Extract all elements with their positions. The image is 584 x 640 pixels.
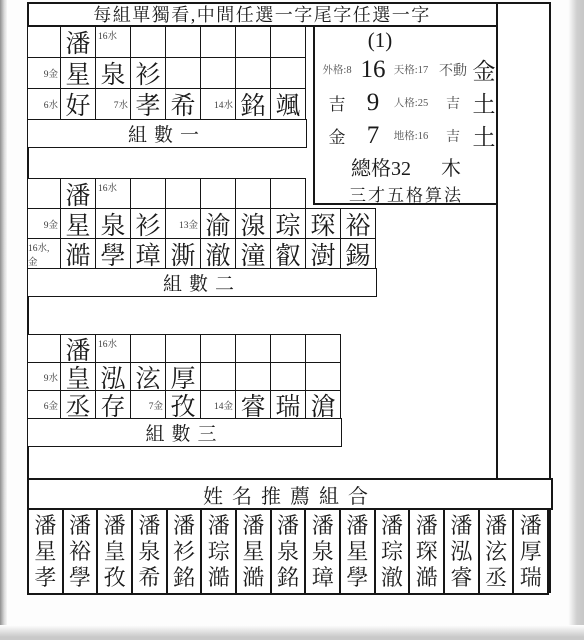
name-char: 潘 xyxy=(416,513,438,539)
candidate-char-cell: 學 xyxy=(95,238,131,269)
recommendation-title: 姓名推薦組合 xyxy=(203,480,377,509)
total-grid-element: 木 xyxy=(441,152,461,181)
name-char: 學 xyxy=(69,565,91,591)
empty-cell xyxy=(235,26,271,58)
name-column: 潘琮澔 xyxy=(200,510,235,593)
group-grid-3: 潘16水9水皇泓泫厚6金丞存7金孜14金睿瑞滄組數三 xyxy=(27,334,342,447)
grid-row: 潘16水 xyxy=(27,178,377,209)
stroke-element-annotation: 7水 xyxy=(95,88,131,120)
name-column: 潘星孝 xyxy=(29,510,62,593)
name-char: 泫 xyxy=(485,539,507,565)
name-char: 琮 xyxy=(381,539,403,565)
name-char: 潘 xyxy=(520,513,542,539)
name-char: 潘 xyxy=(450,513,472,539)
name-char: 星 xyxy=(34,539,56,565)
name-char: 潘 xyxy=(381,513,403,539)
candidate-char-cell: 泫 xyxy=(130,362,166,391)
person-grid-element: 土 xyxy=(471,86,497,119)
outer-grid-label: 外格:8 xyxy=(315,62,359,77)
name-column: 潘皇孜 xyxy=(96,510,131,593)
name-char: 星 xyxy=(346,539,368,565)
empty-cell xyxy=(130,178,166,209)
candidate-char-cell: 琛 xyxy=(305,208,341,239)
empty-cell xyxy=(200,57,236,89)
empty-cell xyxy=(235,57,271,89)
recommended-names-grid: 潘星孝潘裕學潘皇孜潘泉希潘衫銘潘琮澔潘星澔潘泉銘潘泉璋潘星學潘琮澈潘琛澔潘泓睿潘… xyxy=(27,508,549,595)
last-char-strokes: 7 xyxy=(359,122,387,150)
name-char: 潘 xyxy=(346,513,368,539)
name-column: 潘厚瑞 xyxy=(512,510,547,593)
empty-cell xyxy=(27,178,61,209)
name-column: 潘泉璋 xyxy=(304,510,339,593)
stroke-element-annotation: 16水 xyxy=(95,178,131,209)
heaven-grid-label: 天格:17 xyxy=(387,62,435,77)
stroke-element-annotation: 16水,金 xyxy=(27,238,61,269)
empty-cell xyxy=(270,57,306,89)
empty-cell xyxy=(200,362,236,391)
name-char: 潘 xyxy=(277,513,299,539)
candidate-char-cell: 潘 xyxy=(60,178,96,209)
name-char: 澔 xyxy=(242,565,264,591)
name-char: 澔 xyxy=(208,565,230,591)
name-column: 潘星澔 xyxy=(235,510,270,593)
candidate-char-cell: 瑞 xyxy=(270,390,306,419)
group-label: 組數一 xyxy=(27,119,307,148)
name-char: 孜 xyxy=(104,565,126,591)
name-char: 銘 xyxy=(173,565,195,591)
empty-cell xyxy=(270,178,306,209)
candidate-char-cell: 裕 xyxy=(340,208,376,239)
candidate-char-cell: 存 xyxy=(95,390,131,419)
instruction-text: 每組單獨看,中間任選一字尾字任選一字 xyxy=(93,1,431,27)
name-char: 希 xyxy=(138,565,160,591)
name-char: 潘 xyxy=(173,513,195,539)
candidate-char-cell: 湶 xyxy=(235,208,271,239)
person-grid-label: 人格:25 xyxy=(387,95,435,110)
person-grid-luck: 吉 xyxy=(435,93,471,113)
grid-row: 潘16水 xyxy=(27,26,307,58)
empty-cell xyxy=(235,334,271,363)
heaven-grid-luck: 不動 xyxy=(435,60,471,80)
candidate-char-cell: 丞 xyxy=(60,390,96,419)
name-char: 睿 xyxy=(450,565,472,591)
recommendation-header: 姓名推薦組合 xyxy=(27,478,553,510)
group-grid-1: 潘16水9金星泉衫6水好7水孝希14水銘颯組數一 xyxy=(27,26,307,148)
name-char: 裕 xyxy=(69,539,91,565)
candidate-char-cell: 衫 xyxy=(130,57,166,89)
stroke-element-annotation: 6金 xyxy=(27,390,61,419)
name-char: 潘 xyxy=(138,513,160,539)
candidate-char-cell: 颯 xyxy=(270,88,306,120)
candidate-char-cell: 泉 xyxy=(95,208,131,239)
earth-grid-element: 土 xyxy=(471,119,497,152)
group-label: 組數二 xyxy=(27,268,377,297)
name-column: 潘泉銘 xyxy=(270,510,305,593)
candidate-char-cell: 孝 xyxy=(130,88,166,120)
stroke-element-annotation: 7金 xyxy=(130,390,166,419)
stroke-element-annotation: 14水 xyxy=(200,88,236,120)
group-grid-2: 潘16水9金星泉衫13金渝湶琮琛裕16水,金澔學璋澌澈潼叡澍錫組數二 xyxy=(27,178,377,297)
empty-cell xyxy=(235,178,271,209)
candidate-char-cell: 希 xyxy=(165,88,201,120)
grid-row: 9金星泉衫13金渝湶琮琛裕 xyxy=(27,208,377,239)
candidate-char-cell: 星 xyxy=(60,57,96,89)
name-column: 潘泓睿 xyxy=(443,510,478,593)
earth-grid-luck: 吉 xyxy=(435,126,471,146)
candidate-char-cell: 潘 xyxy=(60,26,96,58)
name-char: 潘 xyxy=(242,513,264,539)
heaven-grid-element: 金 xyxy=(471,53,497,86)
candidate-char-cell: 澌 xyxy=(165,238,201,269)
instruction-header: 每組單獨看,中間任選一字尾字任選一字 xyxy=(27,2,497,27)
name-char: 厚 xyxy=(520,539,542,565)
outer-grid-luck: 吉 xyxy=(315,90,359,115)
candidate-char-cell: 銘 xyxy=(235,88,271,120)
candidate-char-cell: 星 xyxy=(60,208,96,239)
name-column: 潘琮澈 xyxy=(374,510,409,593)
empty-cell xyxy=(305,334,341,363)
name-column: 潘泫丞 xyxy=(478,510,513,593)
grid-row: 6水好7水孝希14水銘颯 xyxy=(27,88,307,120)
surname-strokes: 16 xyxy=(359,56,387,84)
stroke-element-annotation: 14金 xyxy=(200,390,236,419)
info-box-title: (1) xyxy=(289,28,471,53)
empty-cell xyxy=(200,334,236,363)
name-column: 潘泉希 xyxy=(131,510,166,593)
name-column: 潘星學 xyxy=(339,510,374,593)
name-char: 琛 xyxy=(416,539,438,565)
empty-cell xyxy=(200,178,236,209)
candidate-char-cell: 錫 xyxy=(340,238,376,269)
stroke-element-annotation: 9金 xyxy=(27,57,61,89)
name-char: 星 xyxy=(242,539,264,565)
name-char: 潘 xyxy=(69,513,91,539)
earth-grid-label: 地格:16 xyxy=(387,128,435,143)
grid-row: 16水,金澔學璋澌澈潼叡澍錫 xyxy=(27,238,377,269)
empty-cell xyxy=(165,178,201,209)
info-row-person: 吉 9 人格:25 吉 土 xyxy=(315,86,497,119)
name-char: 璋 xyxy=(312,565,334,591)
stroke-element-annotation: 9水 xyxy=(27,362,61,391)
name-column: 潘琛澔 xyxy=(408,510,443,593)
candidate-char-cell: 睿 xyxy=(235,390,271,419)
name-char: 潘 xyxy=(34,513,56,539)
candidate-char-cell: 衫 xyxy=(130,208,166,239)
candidate-char-cell: 澈 xyxy=(200,238,236,269)
name-char: 泉 xyxy=(138,539,160,565)
name-column: 潘裕學 xyxy=(62,510,97,593)
name-char: 皇 xyxy=(104,539,126,565)
empty-cell xyxy=(270,26,306,58)
name-char: 琮 xyxy=(208,539,230,565)
empty-cell xyxy=(270,334,306,363)
info-row-outer-heaven: 外格:8 16 天格:17 不動 金 xyxy=(315,53,497,86)
name-char: 瑞 xyxy=(520,565,542,591)
page-right-edge-shadow xyxy=(568,0,584,640)
stroke-element-annotation: 13金 xyxy=(165,208,201,239)
candidate-char-cell: 叡 xyxy=(270,238,306,269)
page-bottom-edge-shadow xyxy=(0,625,584,640)
scanned-name-chart-page: 每組單獨看,中間任選一字尾字任選一字 (1) 外格:8 16 天格:17 不動 … xyxy=(0,0,584,640)
outer-grid-element: 金 xyxy=(315,123,359,148)
name-char: 泉 xyxy=(277,539,299,565)
empty-cell xyxy=(130,26,166,58)
empty-cell xyxy=(27,334,61,363)
grid-row: 6金丞存7金孜14金睿瑞滄 xyxy=(27,390,342,419)
name-char: 銘 xyxy=(277,565,299,591)
page-left-edge-shadow xyxy=(0,0,7,630)
name-char: 潘 xyxy=(104,513,126,539)
empty-cell xyxy=(165,26,201,58)
name-column: 潘衫銘 xyxy=(166,510,201,593)
name-char: 衫 xyxy=(173,539,195,565)
total-grid-label: 總格32 xyxy=(351,152,411,181)
candidate-char-cell: 澔 xyxy=(60,238,96,269)
stroke-element-annotation: 16水 xyxy=(95,26,131,58)
name-char: 學 xyxy=(346,565,368,591)
candidate-char-cell: 好 xyxy=(60,88,96,120)
name-char: 澈 xyxy=(381,565,403,591)
name-char: 潘 xyxy=(208,513,230,539)
stroke-element-annotation: 9金 xyxy=(27,208,61,239)
name-char: 澔 xyxy=(416,565,438,591)
candidate-char-cell: 琮 xyxy=(270,208,306,239)
candidate-char-cell: 澍 xyxy=(305,238,341,269)
name-char: 潘 xyxy=(485,513,507,539)
name-char: 泓 xyxy=(450,539,472,565)
candidate-char-cell: 滄 xyxy=(305,390,341,419)
empty-cell xyxy=(200,26,236,58)
name-char: 泉 xyxy=(312,539,334,565)
candidate-char-cell: 泉 xyxy=(95,57,131,89)
name-char: 孝 xyxy=(34,565,56,591)
info-row-earth: 金 7 地格:16 吉 土 xyxy=(315,119,497,152)
candidate-char-cell: 孜 xyxy=(165,390,201,419)
candidate-char-cell: 潼 xyxy=(235,238,271,269)
candidate-char-cell: 渝 xyxy=(200,208,236,239)
candidate-char-cell: 璋 xyxy=(130,238,166,269)
stroke-element-annotation: 6水 xyxy=(27,88,61,120)
empty-cell xyxy=(27,26,61,58)
name-char: 潘 xyxy=(312,513,334,539)
empty-cell xyxy=(165,57,201,89)
total-grid-row: 總格32 木 xyxy=(315,152,497,181)
middle-char-strokes: 9 xyxy=(359,89,387,117)
name-char: 丞 xyxy=(485,565,507,591)
grid-row: 9金星泉衫 xyxy=(27,57,307,89)
